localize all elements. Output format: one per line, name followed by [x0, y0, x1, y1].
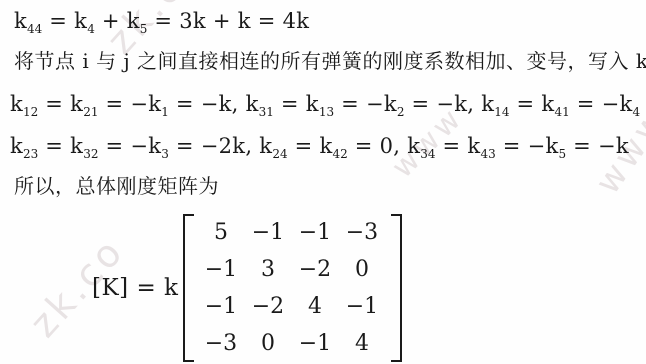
matrix-cell: −2 [244, 288, 291, 325]
scanned-document-page: zk.co www.8mi www zk.co k44 = k4 + k5 = … [0, 0, 646, 364]
subscript: 43 [480, 147, 495, 161]
subscript: 24 [272, 147, 287, 161]
matrix-cell: −1 [197, 288, 244, 325]
matrix-cell: −2 [291, 251, 338, 288]
subscript: 34 [420, 147, 435, 161]
matrix-cell: 5 [197, 214, 244, 251]
matrix-cell: 0 [244, 325, 291, 362]
matrix-cell: −1 [291, 214, 338, 251]
matrix-grid: 5−1−1−3−13−20−1−24−1−30−14 [194, 214, 391, 362]
subscript: 5 [140, 22, 148, 36]
subscript: 44 [27, 22, 42, 36]
subscript: 5 [559, 147, 567, 161]
equation-k44: k44 = k4 + k5 = 3k + k = 4k [14, 8, 309, 34]
subscript: 41 [554, 105, 569, 119]
matrix-cell: 3 [244, 251, 291, 288]
matrix-lhs-label: [K] = k [92, 275, 178, 301]
matrix-cell: −3 [338, 214, 385, 251]
subscript: 31 [259, 105, 274, 119]
equation-offdiagonal-1: k12 = k21 = −k1 = −k, k31 = k13 = −k2 = … [10, 91, 646, 117]
matrix-cell: −1 [197, 251, 244, 288]
paragraph-rule-offdiagonal: 将节点 i 与 j 之间直接相连的所有弹簧的刚度系数相加、变号，写入 kij，即 [14, 49, 646, 74]
subscript: 13 [319, 105, 334, 119]
matrix-cell: −1 [244, 214, 291, 251]
subscript: 42 [333, 147, 348, 161]
paragraph-conclusion: 所以，总体刚度矩阵为 [14, 174, 219, 199]
matrix-cell: 4 [291, 288, 338, 325]
matrix-cell: 4 [338, 325, 385, 362]
subscript: 2 [397, 105, 405, 119]
subscript: 23 [23, 147, 38, 161]
equation-offdiagonal-2: k23 = k32 = −k3 = −2k, k24 = k42 = 0, k3… [10, 133, 629, 159]
subscript: 32 [83, 147, 98, 161]
matrix-cell: 0 [338, 251, 385, 288]
subscript: 4 [633, 105, 641, 119]
matrix-cell: −3 [197, 325, 244, 362]
subscript: 12 [23, 105, 38, 119]
subscript: 21 [83, 105, 98, 119]
matrix-cell: −1 [291, 325, 338, 362]
subscript: 3 [161, 147, 169, 161]
matrix-cell: −1 [338, 288, 385, 325]
global-stiffness-matrix-equation: [K] = k 5−1−1−3−13−20−1−24−1−30−14 [92, 214, 402, 362]
matrix-right-bracket [391, 214, 402, 362]
subscript: 14 [494, 105, 509, 119]
subscript: 4 [87, 22, 95, 36]
subscript: 1 [161, 105, 169, 119]
matrix-left-bracket [183, 214, 194, 362]
